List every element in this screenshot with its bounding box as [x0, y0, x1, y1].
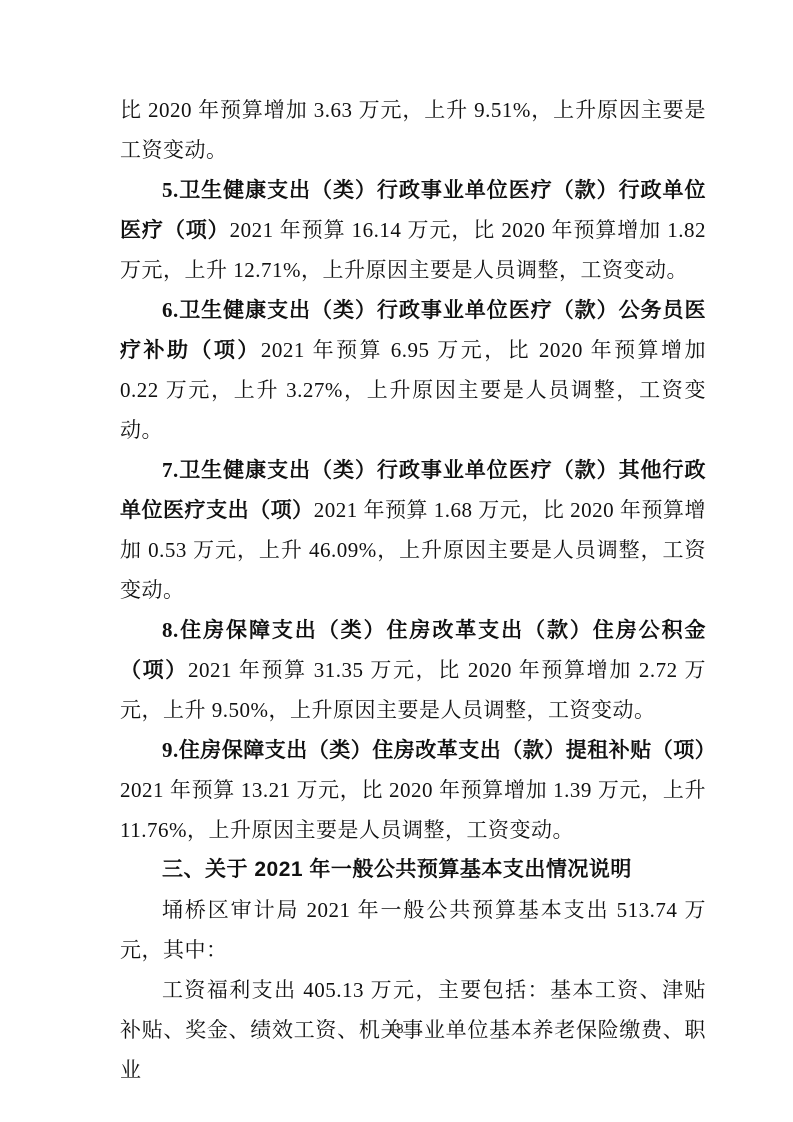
budget-item-5: 5.卫生健康支出（类）行政事业单位医疗（款）行政单位医疗（项）2021 年预算 … [120, 170, 706, 290]
budget-item-9-title: 9.住房保障支出（类）住房改革支出（款）提租补贴（项） [162, 738, 716, 762]
document-body: 比 2020 年预算增加 3.63 万元，上升 9.51%，上升原因主要是工资变… [120, 90, 706, 1090]
budget-item-6: 6.卫生健康支出（类）行政事业单位医疗（款）公务员医疗补助（项）2021 年预算… [120, 290, 706, 450]
budget-item-8: 8.住房保障支出（类）住房改革支出（款）住房公积金（项）2021 年预算 31.… [120, 610, 706, 730]
paragraph-continuation: 比 2020 年预算增加 3.63 万元，上升 9.51%，上升原因主要是工资变… [120, 90, 706, 170]
paragraph-text: 埇桥区审计局 2021 年一般公共预算基本支出 513.74 万元，其中： [120, 898, 706, 962]
budget-item-9: 9.住房保障支出（类）住房改革支出（款）提租补贴（项）2021 年预算 13.2… [120, 730, 706, 850]
paragraph-total-expenditure: 埇桥区审计局 2021 年一般公共预算基本支出 513.74 万元，其中： [120, 890, 706, 970]
section-heading-text: 三、关于 2021 年一般公共预算基本支出情况说明 [162, 858, 632, 881]
document-page: 比 2020 年预算增加 3.63 万元，上升 9.51%，上升原因主要是工资变… [0, 0, 793, 1122]
budget-item-8-detail: 2021 年预算 31.35 万元，比 2020 年预算增加 2.72 万元，上… [120, 658, 706, 722]
page-number: 18 [0, 1022, 793, 1038]
paragraph-text: 比 2020 年预算增加 3.63 万元，上升 9.51%，上升原因主要是工资变… [120, 98, 706, 162]
budget-item-9-detail: 2021 年预算 13.21 万元，比 2020 年预算增加 1.39 万元，上… [120, 778, 706, 842]
section-heading: 三、关于 2021 年一般公共预算基本支出情况说明 [120, 850, 706, 890]
budget-item-7: 7.卫生健康支出（类）行政事业单位医疗（款）其他行政单位医疗支出（项）2021 … [120, 450, 706, 610]
